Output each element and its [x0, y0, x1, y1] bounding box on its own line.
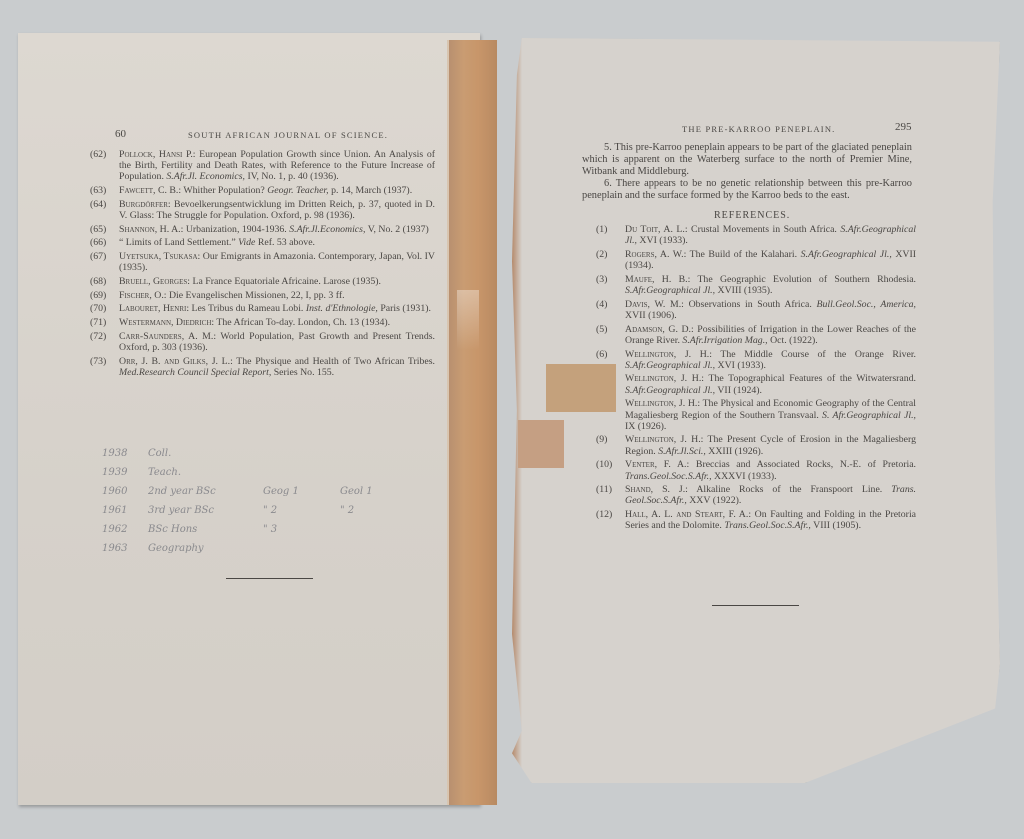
handwritten-year: 1962: [102, 524, 127, 535]
reference-details: V, No. 2 (1937): [368, 224, 429, 235]
reference-body: Wellington, J. H.: The Physical and Econ…: [625, 398, 916, 432]
reference-author: Wellington, J. H.:: [625, 373, 704, 384]
reference-title: Die Evangelischen Missionen, 22, I, pp. …: [169, 290, 345, 301]
reference-body: Fischer, O.: Die Evangelischen Missionen…: [119, 290, 435, 301]
reference-title: Les Tribus du Rameau Lobi.: [192, 303, 304, 314]
reference-number: (71): [90, 317, 119, 328]
reference-body: Orr, J. B. and Gilks, J. L.: The Physiqu…: [119, 356, 435, 378]
reference-body: Westermann, Diedrich: The African To-day…: [119, 317, 435, 328]
reference-title: La France Equatoriale Africaine. Larose …: [192, 276, 381, 287]
running-head: THE PRE-KARROO PENEPLAIN.: [682, 124, 836, 134]
reference-number: (70): [90, 303, 119, 314]
reference-item: (70)Labouret, Henri: Les Tribus du Ramea…: [90, 303, 435, 314]
reference-number: (10): [596, 459, 625, 481]
reference-item: (7)Wellington, J. H.: The Topographical …: [596, 373, 916, 395]
reference-author: Pollock, Hansi P.:: [119, 149, 196, 160]
handwritten-year: 1939: [102, 467, 127, 478]
body-text: 5. This pre-Karroo peneplain appears to …: [582, 142, 912, 202]
reference-number: (3): [596, 274, 625, 296]
reference-title: Crustal Movements in South Africa.: [691, 224, 837, 235]
reference-number: (65): [90, 224, 119, 235]
references-heading: REFERENCES.: [714, 210, 790, 221]
reference-journal: Inst. d'Ethnologie,: [306, 303, 378, 314]
reference-item: (62)Pollock, Hansi P.: European Populati…: [90, 149, 435, 183]
reference-title: Breccias and Associated Rocks, N.-E. of …: [696, 459, 916, 470]
reference-author: Bruell, Georges:: [119, 276, 190, 287]
tape-patch: [546, 364, 616, 412]
reference-author: Uyetsuka, Tsukasa:: [119, 251, 200, 262]
reference-number: (63): [90, 185, 119, 196]
reference-number: (69): [90, 290, 119, 301]
end-rule: [712, 605, 799, 606]
reference-item: (5)Adamson, G. D.: Possibilities of Irri…: [596, 324, 916, 346]
paragraph: 5. This pre-Karroo peneplain appears to …: [582, 142, 912, 178]
reference-item: (71)Westermann, Diedrich: The African To…: [90, 317, 435, 328]
reference-title: Whither Population?: [183, 185, 264, 196]
reference-number: (62): [90, 149, 119, 183]
reference-body: Fawcett, C. B.: Whither Population? Geog…: [119, 185, 435, 196]
reference-body: Hall, A. L. and Steart, F. A.: On Faulti…: [625, 509, 916, 531]
reference-body: Wellington, J. H.: The Topographical Fea…: [625, 373, 916, 395]
reference-title: The Physique and Health of Two African T…: [236, 356, 435, 367]
handwritten-note: Geography: [148, 543, 204, 554]
reference-details: XVI (1933).: [639, 235, 687, 246]
reference-number: (4): [596, 299, 625, 321]
reference-body: Adamson, G. D.: Possibilities of Irrigat…: [625, 324, 916, 346]
reference-list: (62)Pollock, Hansi P.: European Populati…: [90, 149, 435, 381]
reference-number: (9): [596, 434, 625, 456]
reference-details: IV, No. 1, p. 40 (1936).: [247, 171, 338, 182]
reference-item: (63)Fawcett, C. B.: Whither Population? …: [90, 185, 435, 196]
reference-body: Bruell, Georges: La France Equatoriale A…: [119, 276, 435, 287]
reference-details: IX (1926).: [625, 421, 666, 432]
reference-title: “ Limits of Land Settlement.”: [119, 237, 236, 248]
reference-body: Venter, F. A.: Breccias and Associated R…: [625, 459, 916, 481]
reference-number: (11): [596, 484, 625, 506]
reference-details: VIII (1905).: [813, 520, 861, 531]
reference-author: Maufe, H. B.:: [625, 274, 690, 285]
reference-details: XXXVI (1933).: [714, 471, 777, 482]
reference-journal: Vide: [238, 237, 255, 248]
reference-number: (73): [90, 356, 119, 378]
reference-item: (12)Hall, A. L. and Steart, F. A.: On Fa…: [596, 509, 916, 531]
reference-item: (3)Maufe, H. B.: The Geographic Evolutio…: [596, 274, 916, 296]
reference-number: (5): [596, 324, 625, 346]
right-journal-page: THE PRE-KARROO PENEPLAIN. 295 5. This pr…: [512, 38, 1000, 783]
handwritten-note: Coll.: [148, 448, 171, 459]
tape-patch: [518, 420, 564, 468]
reference-author: Du Toit, A. L.:: [625, 224, 688, 235]
reference-details: p. 14, March (1937).: [331, 185, 412, 196]
reference-title: Alkaline Rocks of the Franspoort Line.: [696, 484, 882, 495]
handwritten-year: 1938: [102, 448, 127, 459]
reference-item: (10)Venter, F. A.: Breccias and Associat…: [596, 459, 916, 481]
reference-item: (69)Fischer, O.: Die Evangelischen Missi…: [90, 290, 435, 301]
reference-author: Venter, F. A.:: [625, 459, 689, 470]
page-number: 60: [115, 128, 126, 140]
handwritten-year: 1963: [102, 543, 127, 554]
handwritten-course: Geol 1: [340, 486, 373, 497]
handwritten-course: Geog 1: [263, 486, 299, 497]
taped-spine: [447, 40, 497, 805]
reference-details: XVII (1906).: [625, 310, 677, 321]
reference-author: Hall, A. L. and Steart, F. A.:: [625, 509, 751, 520]
reference-item: (67)Uyetsuka, Tsukasa: Our Emigrants in …: [90, 251, 435, 273]
reference-body: Shand, S. J.: Alkaline Rocks of the Fran…: [625, 484, 916, 506]
reference-author: Shand, S. J.:: [625, 484, 688, 495]
reference-body: “ Limits of Land Settlement.” Vide Ref. …: [119, 237, 435, 248]
reference-journal: S.Afr.Jl.Sci.,: [658, 446, 706, 457]
reference-item: (4)Davis, W. M.: Observations in South A…: [596, 299, 916, 321]
handwritten-note: Teach.: [148, 467, 181, 478]
reference-item: (64)Burgdörfer: Bevoelkerungsentwicklung…: [90, 199, 435, 221]
reference-journal: S.Afr.Irrigation Mag.,: [682, 335, 767, 346]
reference-details: VII (1924).: [717, 385, 762, 396]
reference-author: Fischer, O.:: [119, 290, 167, 301]
reference-author: Westermann, Diedrich:: [119, 317, 214, 328]
reference-item: (65)Shannon, H. A.: Urbanization, 1904-1…: [90, 224, 435, 235]
reference-number: (64): [90, 199, 119, 221]
reference-body: Du Toit, A. L.: Crustal Movements in Sou…: [625, 224, 916, 246]
reference-number: (72): [90, 331, 119, 353]
reference-journal: Geogr. Teacher,: [267, 185, 328, 196]
reference-details: XVI (1933).: [718, 360, 766, 371]
reference-body: Rogers, A. W.: The Build of the Kalahari…: [625, 249, 916, 271]
reference-item: (8)Wellington, J. H.: The Physical and E…: [596, 398, 916, 432]
reference-item: (72)Carr-Saunders, A. M.: World Populati…: [90, 331, 435, 353]
reference-body: Wellington, J. H.: The Middle Course of …: [625, 349, 916, 371]
reference-author: Wellington, J. H.:: [625, 434, 703, 445]
reference-journal: S.Afr.Geographical Jl.,: [625, 360, 715, 371]
reference-item: (73)Orr, J. B. and Gilks, J. L.: The Phy…: [90, 356, 435, 378]
reference-author: Carr-Saunders, A. M.:: [119, 331, 216, 342]
reference-title: The Middle Course of the Orange River.: [720, 349, 916, 360]
reference-author: Wellington, J. H.:: [625, 349, 712, 360]
reference-number: (67): [90, 251, 119, 273]
reference-journal: S.Afr.Jl.Economics,: [289, 224, 365, 235]
reference-title: Observations in South Africa.: [689, 299, 812, 310]
handwritten-course: " 2: [263, 505, 277, 516]
reference-details: XXIII (1926).: [708, 446, 763, 457]
reference-journal: Trans.Geol.Soc.S.Afr.,: [724, 520, 811, 531]
reference-item: (2)Rogers, A. W.: The Build of the Kalah…: [596, 249, 916, 271]
reference-item: (11)Shand, S. J.: Alkaline Rocks of the …: [596, 484, 916, 506]
reference-journal: Med.Research Council Special Report,: [119, 367, 271, 378]
reference-author: Labouret, Henri:: [119, 303, 189, 314]
reference-number: (66): [90, 237, 119, 248]
handwritten-note: 3rd year BSc: [148, 505, 214, 516]
left-journal-page: 60 SOUTH AFRICAN JOURNAL OF SCIENCE. (62…: [18, 33, 480, 805]
handwritten-note: BSc Hons: [148, 524, 197, 535]
reference-author: Burgdörfer:: [119, 199, 171, 210]
reference-item: (68)Bruell, Georges: La France Equatoria…: [90, 276, 435, 287]
reference-body: Labouret, Henri: Les Tribus du Rameau Lo…: [119, 303, 435, 314]
reference-journal: S.Afr.Geographical Jl.,: [625, 285, 715, 296]
reference-details: Series No. 155.: [274, 367, 334, 378]
reference-number: (12): [596, 509, 625, 531]
handwritten-year: 1961: [102, 505, 127, 516]
reference-title: The Geographic Evolution of Southern Rho…: [697, 274, 916, 285]
end-rule: [226, 578, 313, 579]
reference-body: Burgdörfer: Bevoelkerungsentwicklung im …: [119, 199, 435, 221]
reference-item: (1)Du Toit, A. L.: Crustal Movements in …: [596, 224, 916, 246]
handwritten-year: 1960: [102, 486, 127, 497]
paragraph: 6. There appears to be no genetic relati…: [582, 178, 912, 202]
handwritten-note: 2nd year BSc: [148, 486, 216, 497]
running-head: SOUTH AFRICAN JOURNAL OF SCIENCE.: [188, 130, 388, 140]
reference-body: Uyetsuka, Tsukasa: Our Emigrants in Amaz…: [119, 251, 435, 273]
reference-body: Shannon, H. A.: Urbanization, 1904-1936.…: [119, 224, 435, 235]
reference-author: Rogers, A. W.:: [625, 249, 686, 260]
reference-author: Adamson, G. D.:: [625, 324, 694, 335]
reference-body: Davis, W. M.: Observations in South Afri…: [625, 299, 916, 321]
reference-journal: Bull.Geol.Soc., America,: [817, 299, 916, 310]
reference-author: Shannon, H. A.:: [119, 224, 183, 235]
reference-journal: S.Afr.Geographical Jl.,: [625, 385, 715, 396]
reference-title: The African To-day. London, Ch. 13 (1934…: [216, 317, 390, 328]
reference-number: (68): [90, 276, 119, 287]
reference-author: Orr, J. B. and Gilks, J. L.:: [119, 356, 233, 367]
reference-item: (66) “ Limits of Land Settlement.” Vide …: [90, 237, 435, 248]
reference-author: Davis, W. M.:: [625, 299, 684, 310]
reference-details: Oct. (1922).: [770, 335, 818, 346]
reference-title: Urbanization, 1904-1936.: [186, 224, 287, 235]
reference-item: (6)Wellington, J. H.: The Middle Course …: [596, 349, 916, 371]
reference-body: Wellington, J. H.: The Present Cycle of …: [625, 434, 916, 456]
handwritten-course: " 2: [340, 505, 354, 516]
reference-journal: Trans.Geol.Soc.S.Afr.,: [625, 471, 712, 482]
page-number: 295: [895, 121, 912, 133]
reference-body: Pollock, Hansi P.: European Population G…: [119, 149, 435, 183]
reference-body: Carr-Saunders, A. M.: World Population, …: [119, 331, 435, 353]
reference-details: Paris (1931).: [380, 303, 431, 314]
reference-list: (1)Du Toit, A. L.: Crustal Movements in …: [596, 224, 916, 534]
reference-journal: S. Afr.Geographical Jl.,: [822, 410, 916, 421]
reference-item: (9)Wellington, J. H.: The Present Cycle …: [596, 434, 916, 456]
reference-title: The Build of the Kalahari.: [690, 249, 797, 260]
reference-journal: S.Afr.Geographical Jl.,: [801, 249, 892, 260]
reference-details: Ref. 53 above.: [258, 237, 315, 248]
reference-journal: S.Afr.Jl. Economics,: [166, 171, 245, 182]
reference-title: The Topographical Features of the Witwat…: [708, 373, 916, 384]
reference-number: (2): [596, 249, 625, 271]
handwritten-course: " 3: [263, 524, 277, 535]
reference-details: XVIII (1935).: [718, 285, 773, 296]
reference-number: (1): [596, 224, 625, 246]
reference-body: Maufe, H. B.: The Geographic Evolution o…: [625, 274, 916, 296]
reference-author: Fawcett, C. B.:: [119, 185, 181, 196]
reference-details: XXV (1922).: [689, 495, 741, 506]
reference-author: Wellington, J. H.:: [625, 398, 700, 409]
